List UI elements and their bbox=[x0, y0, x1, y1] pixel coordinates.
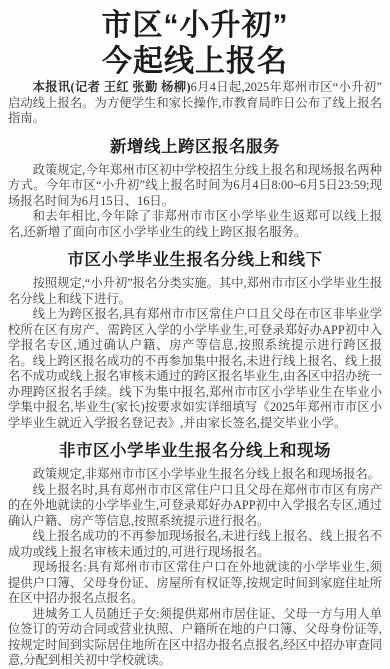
article-title: 市区“小升初” 今起线上报名 bbox=[8, 8, 382, 80]
paragraph: 线上报名成功的不再参加现场报名,未进行线上报名、线上报名不成功或线上报名审核未通… bbox=[8, 529, 382, 560]
paragraph: 线上为跨区报名,具有郑州市市区常住户口且父母在市区非毕业学校所在区有房产、需跨区… bbox=[8, 307, 382, 431]
intro-paragraph: 本报讯(记者 王红 张勤 杨柳)6月4日起,2025年郑州市区“小升初”启动线上… bbox=[8, 80, 382, 127]
paragraph: 线上报名时,具有郑州市市区常住户口且父母在郑州市市区有房产的在外地就读的小学毕业… bbox=[8, 483, 382, 530]
paragraph: 进城务工人员随迁子女:须提供郑州市居住证、父母一方与用人单位签订的劳动合同或营业… bbox=[8, 607, 382, 669]
section-heading-non-urban-graduates: 非市区小学毕业生报名分线上和现场 bbox=[8, 441, 382, 461]
newspaper-article-page: 市区“小升初” 今起线上报名 本报讯(记者 王红 张勤 杨柳)6月4日起,202… bbox=[0, 0, 390, 669]
section-heading-online-cross-district: 新增线上跨区报名服务 bbox=[8, 137, 382, 157]
article-title-line-2: 今起线上报名 bbox=[8, 44, 382, 80]
paragraph: 政策规定,非郑州市市区小学毕业生报名分线上报名和现场报名。 bbox=[8, 467, 382, 483]
paragraph: 和去年相比,今年除了非郑州市市区小学毕业生返郑可以线上报名,还新增了面向市区小学… bbox=[8, 209, 382, 240]
paragraph: 政策规定,今年郑州市区初中学校招生分线上报名和现场报名两种方式。今年市区“小升初… bbox=[8, 163, 382, 210]
article-title-line-1: 市区“小升初” bbox=[8, 8, 382, 44]
paragraph: 按照规定,“小升初”报名分类实施。其中,郑州市市区小学毕业生报名分线上和线下进行… bbox=[8, 276, 382, 307]
section-heading-urban-graduates: 市区小学毕业生报名分线上和线下 bbox=[8, 250, 382, 270]
byline: 本报讯(记者 王红 张勤 杨柳) bbox=[33, 80, 191, 94]
paragraph: 现场报名:具有郑州市市区常住户口在外地就读的小学毕业生,须提供户口簿、父母身份证… bbox=[8, 560, 382, 607]
